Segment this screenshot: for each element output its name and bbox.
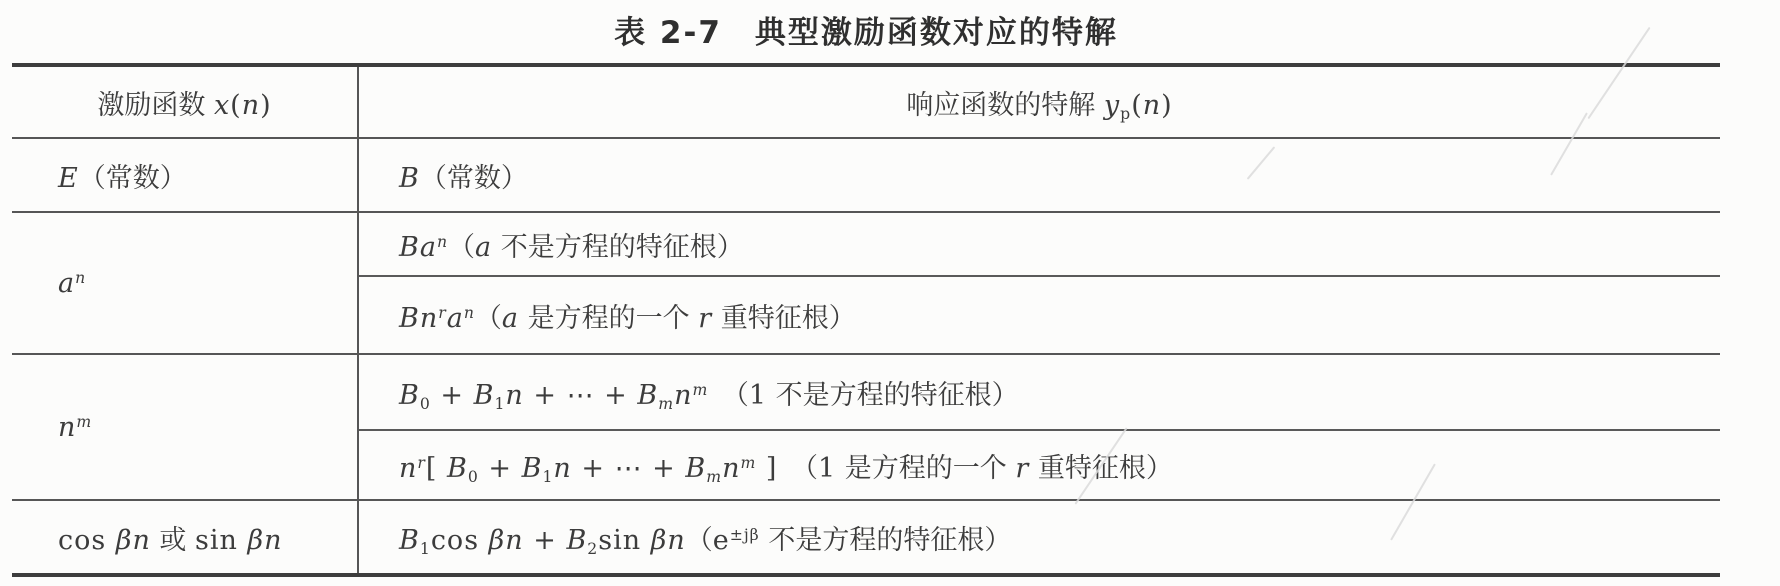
cell-excitation-constant: E（常数） xyxy=(12,138,358,212)
cell-response-polynomial-nonroot: B0 + B1n + ⋯ + Bmnm （1 不是方程的特征根） xyxy=(358,354,1720,430)
cell-excitation-exponential: an xyxy=(12,212,358,354)
cell-response-polynomial-root: nr[ B0 + B1n + ⋯ + Bmnm ] （1 是方程的一个 r 重特… xyxy=(358,430,1720,500)
column-header-excitation: 激励函数 x(n) xyxy=(12,65,358,138)
cell-response-exponential-nonroot: Ban（a 不是方程的特征根） xyxy=(358,212,1720,276)
particular-solutions-table: 激励函数 x(n) 响应函数的特解 yp(n) E（常数） B（常数） an B… xyxy=(12,63,1720,577)
cell-response-sinusoid: B1cos βn + B2sin βn（e±jβ 不是方程的特征根） xyxy=(358,500,1720,575)
cell-excitation-sinusoid: cos βn 或 sin βn xyxy=(12,500,358,575)
scanned-page: 表 2-7 典型激励函数对应的特解 激励函数 x(n) 响应函数的特解 yp(n… xyxy=(0,0,1780,586)
cell-response-constant: B（常数） xyxy=(358,138,1720,212)
table-title: 表 2-7 典型激励函数对应的特解 xyxy=(12,7,1720,52)
column-header-response: 响应函数的特解 yp(n) xyxy=(358,65,1720,138)
cell-excitation-power: nm xyxy=(12,354,358,500)
cell-response-exponential-root: Bnran（a 是方程的一个 r 重特征根） xyxy=(358,276,1720,354)
